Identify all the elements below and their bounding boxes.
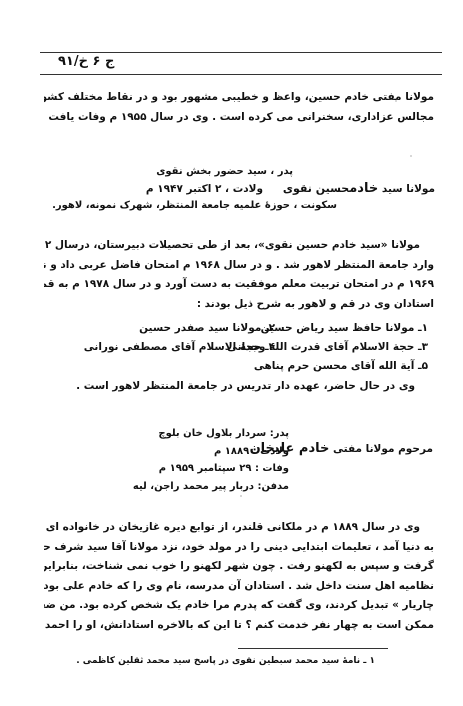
teacher-item: ۲ـ مولانا سید صفدر حسین xyxy=(139,322,275,334)
paragraph-line: مولانا «سید خادم حسین نقوی»، بعد از طی ت… xyxy=(44,236,434,256)
entry2-father: پدر: سردار بلاول خان بلوچ xyxy=(158,428,289,439)
paragraph-line: به دنیا آمد ، تعلیمات ابتدایی دینی را در… xyxy=(44,538,434,558)
teacher-item: ۴ـ حجة الاسلام آقای مصطفی نورانی xyxy=(84,341,275,353)
entry2-death: وفات : ۲۹ سپتامبر ۱۹۵۹ م xyxy=(159,463,289,474)
intro-paragraph: مولانا مفتی خادم حسین، واعظ و خطیبی مشهو… xyxy=(44,88,434,127)
entry1-closing: وی در حال حاضر، عهده دار تدریس در جامعة … xyxy=(76,380,415,392)
paragraph-line: نظامیه اهل سنت داخل شد . استادان آن مدرس… xyxy=(44,577,434,597)
paragraph-line: ۱۹۶۹ م در امتحان تربیت معلم موفقیت به دس… xyxy=(44,275,434,295)
book-page: ج ۶ خ/۹۱ مولانا مفتی خادم حسین، واعظ و خ… xyxy=(0,0,463,706)
entry1-father: پدر ، سید حضور بخش نقوی xyxy=(156,166,293,177)
paragraph-line: گرفت و سپس به لکهنو رفت . چون شهر لکهنو … xyxy=(44,557,434,577)
paragraph-line: استادان وی در قم و لاهور به شرح ذیل بودن… xyxy=(44,295,434,315)
entry2-paragraph: وی در سال ۱۸۸۹ م در ملکانی قلندر، از توا… xyxy=(44,518,434,635)
paragraph-line: ممکن است به چهار نفر خدمت کنم ؟ تا این ک… xyxy=(44,616,434,636)
header-top-rule xyxy=(40,52,442,53)
paragraph-line: وی در سال ۱۸۸۹ م در ملکانی قلندر، از توا… xyxy=(44,518,434,538)
paragraph-line: وارد جامعة المنتظر لاهور شد . و در سال ۱… xyxy=(44,256,434,276)
entry1-name-bold: خادم xyxy=(349,181,378,196)
footnote-rule xyxy=(238,648,388,649)
entry1-name-prefix: مولانا سید xyxy=(382,183,435,195)
scan-speck xyxy=(410,155,412,157)
teacher-item: ۱ـ مولانا حافظ سید ریاض حسین xyxy=(261,322,428,334)
entry2-burial: مدفن: دربار پیر محمد راجن، لیه xyxy=(133,481,289,492)
entry1-residence: سکونت ، حوزهٔ علمیه جامعة المنتظر، شهرک … xyxy=(52,200,337,211)
teacher-item: ۵ـ آیة الله آقای محسن حرم پناهی xyxy=(254,360,428,372)
scan-speck xyxy=(395,100,397,102)
footnote: ۱ ـ نامهٔ سید محمد سبطین نقوی در پاسخ سی… xyxy=(76,656,375,666)
entry1-paragraph: مولانا «سید خادم حسین نقوی»، بعد از طی ت… xyxy=(44,236,434,314)
entry1-name-suffix: حسین نقوی xyxy=(283,182,349,195)
scan-speck xyxy=(240,495,242,497)
page-label: ج ۶ خ/۹۱ xyxy=(58,54,114,69)
entry2-name: مرحوم مولانا مفتی خادم علیخان xyxy=(250,441,433,456)
paragraph-line: مولانا مفتی خادم حسین، واعظ و خطیبی مشهو… xyxy=(44,88,434,108)
entry2-name-prefix: مرحوم مولانا مفتی xyxy=(333,443,433,455)
entry1-birth: ولادت ، ۲ اکتبر ۱۹۴۷ م xyxy=(146,183,263,195)
paragraph-line: چاریار » تبدیل کردند، وی گفت که پدرم مرا… xyxy=(44,596,434,616)
paragraph-line: مجالس عزاداری، سخنرانی می کرده است . وی … xyxy=(44,108,434,128)
entry1-name: مولانا سید خادمحسین نقوی xyxy=(283,181,435,196)
header-bottom-rule xyxy=(40,74,442,75)
entry2-name-bold: خادم علیخان xyxy=(250,441,330,456)
